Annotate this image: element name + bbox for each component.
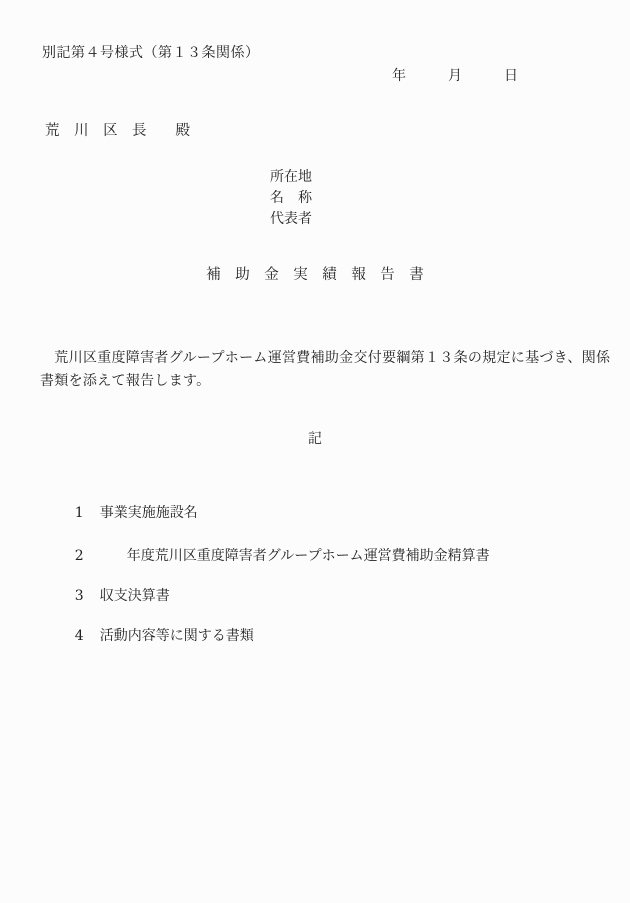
document-title: 補 助 金 実 績 報 告 書 (0, 266, 630, 285)
applicant-address-label: 所在地 (270, 167, 312, 188)
list-item: 1事業実施施設名 (48, 485, 490, 504)
item-number: 1 (75, 504, 100, 523)
item-number: 3 (75, 587, 100, 606)
item-number: 4 (75, 627, 100, 646)
list-item: 4活動内容等に関する書類 (48, 608, 490, 627)
date-line: 年 月 日 (392, 67, 518, 85)
list-header: 記 (0, 430, 630, 449)
applicant-name-label: 名 称 (270, 188, 312, 209)
list-item: 3収支決算書 (48, 568, 490, 587)
list-item: 2年度荒川区重度障害者グループホーム運営費補助金精算書 (48, 528, 490, 547)
addressee: 荒 川 区 長 殿 (45, 122, 190, 140)
form-number: 別記第４号様式（第１３条関係） (42, 44, 260, 62)
item-text: 収支決算書 (100, 588, 170, 604)
document-page: 別記第４号様式（第１３条関係） 年 月 日 荒 川 区 長 殿 所在地 名 称 … (0, 0, 630, 903)
applicant-block: 所在地 名 称 代表者 (270, 167, 312, 230)
body-line-2: 書類を添えて報告します。 (40, 370, 600, 393)
body-line-1: 荒川区重度障害者グループホーム運営費補助金交付要綱第１３条の規定に基づき、関係 (40, 347, 600, 370)
item-text: 活動内容等に関する書類 (100, 628, 254, 644)
body-paragraph: 荒川区重度障害者グループホーム運営費補助金交付要綱第１３条の規定に基づき、関係 … (40, 347, 600, 393)
attachment-list: 1事業実施施設名 2年度荒川区重度障害者グループホーム運営費補助金精算書 3収支… (48, 485, 490, 627)
item-text: 年度荒川区重度障害者グループホーム運営費補助金精算書 (127, 548, 490, 564)
applicant-representative-label: 代表者 (270, 209, 312, 230)
item-number: 2 (75, 547, 100, 566)
year-blank-space (100, 559, 127, 560)
item-text: 事業実施施設名 (100, 505, 198, 521)
